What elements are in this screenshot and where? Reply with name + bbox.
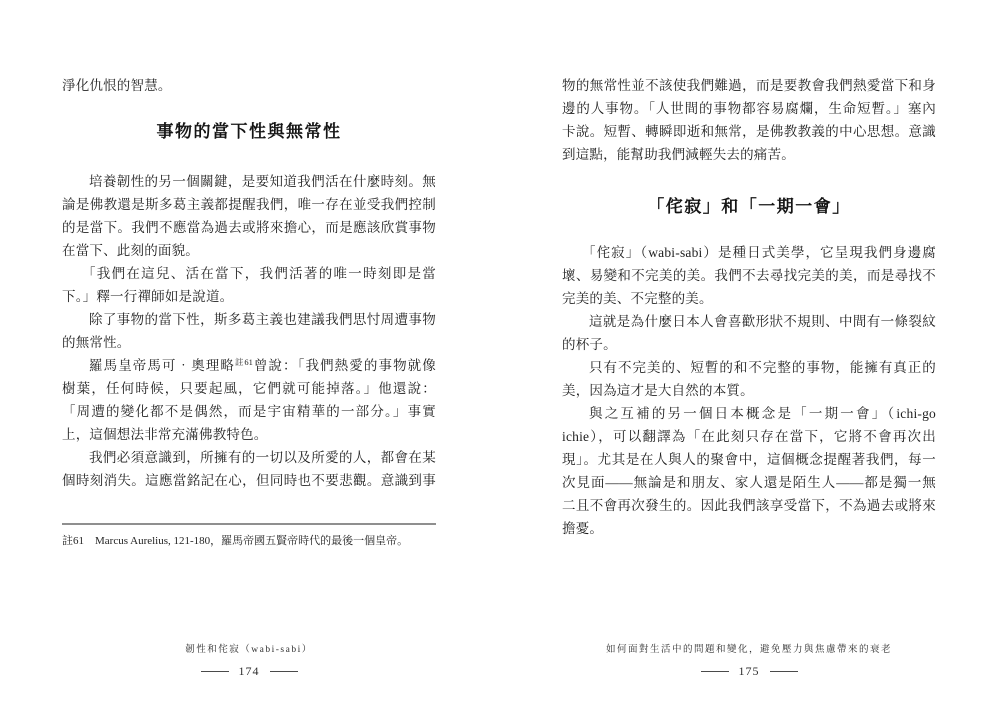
page-footer-right: 如何面對生活中的問題和變化，避免壓力與焦慮帶來的衰老 175 bbox=[562, 644, 936, 679]
text-line: 上，這個想法非常充滿佛教特色。 bbox=[62, 423, 436, 446]
text-line: 卡說。短暫、轉瞬即逝和無常，是佛教教義的中心思想。意識 bbox=[562, 120, 936, 143]
page-footer-left: 韌性和侘寂（wabi-sabi） 174 bbox=[62, 644, 436, 679]
paragraph: 物的無常性並不該使我們難過，而是要教會我們熱愛當下和身 邊的人事物。「人世間的事… bbox=[562, 74, 936, 166]
footer-rule-right bbox=[770, 671, 798, 672]
paragraph: 只有不完美的、短暫的和不完整的事物，能擁有真正的 美，因為這才是大自然的本質。 bbox=[562, 356, 936, 402]
footnote-body: Marcus Aurelius, 121-180，羅馬帝國五賢帝時代的最後一個皇… bbox=[95, 535, 408, 547]
section-heading-right: 「侘寂」和「一期一會」 bbox=[562, 194, 936, 220]
paragraph: 羅馬皇帝馬可‧奧理略註61曾說：「我們熱愛的事物就像 樹葉，任何時候，只要起風，… bbox=[62, 354, 436, 446]
running-head: 如何面對生活中的問題和變化，避免壓力與焦慮帶來的衰老 bbox=[562, 644, 936, 657]
page-left: 淨化仇恨的智慧。 事物的當下性與無常性 培養韌性的另一個關鍵，是要知道我們活在什… bbox=[62, 0, 436, 710]
text-line: 樹葉，任何時候，只要起風，它們就可能掉落。」他還說： bbox=[62, 377, 436, 400]
text-line: 羅馬皇帝馬可‧奧理略註61曾說：「我們熱愛的事物就像 bbox=[62, 354, 436, 377]
text-line: ichie），可以翻譯為「在此刻只存在當下，它將不會再次出 bbox=[562, 425, 936, 448]
text-line: 只有不完美的、短暫的和不完整的事物，能擁有真正的 bbox=[562, 356, 936, 379]
text-line: 二且不會再次發生的。因此我們該享受當下，不為過去或將來 bbox=[562, 494, 936, 517]
page-right: 物的無常性並不該使我們難過，而是要教會我們熱愛當下和身 邊的人事物。「人世間的事… bbox=[562, 0, 936, 710]
paragraph: 這就是為什麼日本人會喜歡形狀不規則、中間有一條裂紋 的杯子。 bbox=[562, 310, 936, 356]
running-head: 韌性和侘寂（wabi-sabi） bbox=[62, 644, 436, 657]
text-line: 擔憂。 bbox=[562, 517, 936, 540]
text-line: 次見面——無論是和朋友、家人還是陌生人——都是獨一無 bbox=[562, 471, 936, 494]
text-line: 的杯子。 bbox=[562, 333, 936, 356]
page-number: 174 bbox=[62, 664, 436, 679]
page-number-value: 174 bbox=[239, 664, 260, 679]
paragraph: 我們必須意識到，所擁有的一切以及所愛的人，都會在某 個時刻消失。這應當銘記在心，… bbox=[62, 446, 436, 492]
footer-rule-left bbox=[201, 671, 229, 672]
text-line: 邊的人事物。「人世間的事物都容易腐爛，生命短暫。」塞內 bbox=[562, 97, 936, 120]
footer-rule-left bbox=[701, 671, 729, 672]
page-number: 175 bbox=[562, 664, 936, 679]
text-line: 「周遭的變化都不是偶然，而是宇宙精華的一部分。」事實 bbox=[62, 400, 436, 423]
paragraph: 與之互補的另一個日本概念是「一期一會」（ichi-go ichie），可以翻譯為… bbox=[562, 402, 936, 540]
footnote: 註61Marcus Aurelius, 121-180，羅馬帝國五賢帝時代的最後… bbox=[62, 523, 436, 549]
page-right-text: 物的無常性並不該使我們難過，而是要教會我們熱愛當下和身 邊的人事物。「人世間的事… bbox=[562, 74, 936, 540]
text-line: 淨化仇恨的智慧。 bbox=[62, 74, 436, 97]
footnote-marker: 註61 bbox=[235, 357, 253, 367]
section-heading-left: 事物的當下性與無常性 bbox=[62, 119, 436, 145]
text-line: 下。」釋一行禪師如是說道。 bbox=[62, 285, 436, 308]
text-line: 在當下、此刻的面貌。 bbox=[62, 239, 436, 262]
text-line: 物的無常性並不該使我們難過，而是要教會我們熱愛當下和身 bbox=[562, 74, 936, 97]
text-line: 論是佛教還是斯多葛主義都提醒我們，唯一存在並受我們控制 bbox=[62, 193, 436, 216]
text-line: 個時刻消失。這應當銘記在心，但同時也不要悲觀。意識到事 bbox=[62, 469, 436, 492]
paragraph: 培養韌性的另一個關鍵，是要知道我們活在什麼時刻。無 論是佛教還是斯多葛主義都提醒… bbox=[62, 170, 436, 262]
text-line: 「侘寂」（wabi-sabi）是種日式美學，它呈現我們身邊腐 bbox=[562, 241, 936, 264]
text-line: 美，因為這才是大自然的本質。 bbox=[562, 379, 936, 402]
text-line: 我們必須意識到，所擁有的一切以及所愛的人，都會在某 bbox=[62, 446, 436, 469]
text-line: 這就是為什麼日本人會喜歡形狀不規則、中間有一條裂紋 bbox=[562, 310, 936, 333]
footnote-rule bbox=[62, 523, 436, 525]
page-number-value: 175 bbox=[739, 664, 760, 679]
text-line: 培養韌性的另一個關鍵，是要知道我們活在什麼時刻。無 bbox=[62, 170, 436, 193]
footnote-label: 註61 bbox=[62, 535, 84, 547]
text-line: 現」。尤其是在人與人的聚會中，這個概念提醒著我們，每一 bbox=[562, 448, 936, 471]
text-segment: 曾說：「我們熱愛的事物就像 bbox=[253, 358, 436, 373]
text-line: 的是當下。我們不應當為過去或將來擔心，而是應該欣賞事物 bbox=[62, 216, 436, 239]
paragraph: 「我們在這兒、活在當下，我們活著的唯一時刻即是當 下。」釋一行禪師如是說道。 bbox=[62, 262, 436, 308]
book-spread: 淨化仇恨的智慧。 事物的當下性與無常性 培養韌性的另一個關鍵，是要知道我們活在什… bbox=[0, 0, 1000, 710]
text-line: 「我們在這兒、活在當下，我們活著的唯一時刻即是當 bbox=[62, 262, 436, 285]
paragraph: 「侘寂」（wabi-sabi）是種日式美學，它呈現我們身邊腐 壞、易變和不完美的… bbox=[562, 241, 936, 310]
text-line: 與之互補的另一個日本概念是「一期一會」（ichi-go bbox=[562, 402, 936, 425]
text-line: 到這點，能幫助我們減輕失去的痛苦。 bbox=[562, 143, 936, 166]
page-left-text: 淨化仇恨的智慧。 事物的當下性與無常性 培養韌性的另一個關鍵，是要知道我們活在什… bbox=[62, 74, 436, 492]
footnote-text: 註61Marcus Aurelius, 121-180，羅馬帝國五賢帝時代的最後… bbox=[62, 533, 436, 549]
text-line: 的無常性。 bbox=[62, 331, 436, 354]
text-line: 壞、易變和不完美的美。我們不去尋找完美的美，而是尋找不 bbox=[562, 264, 936, 287]
text-segment: 羅馬皇帝馬可‧奧理略 bbox=[89, 358, 235, 373]
text-line: 除了事物的當下性，斯多葛主義也建議我們思忖周遭事物 bbox=[62, 308, 436, 331]
paragraph: 除了事物的當下性，斯多葛主義也建議我們思忖周遭事物 的無常性。 bbox=[62, 308, 436, 354]
footer-rule-right bbox=[270, 671, 298, 672]
text-line: 完美的美、不完整的美。 bbox=[562, 287, 936, 310]
